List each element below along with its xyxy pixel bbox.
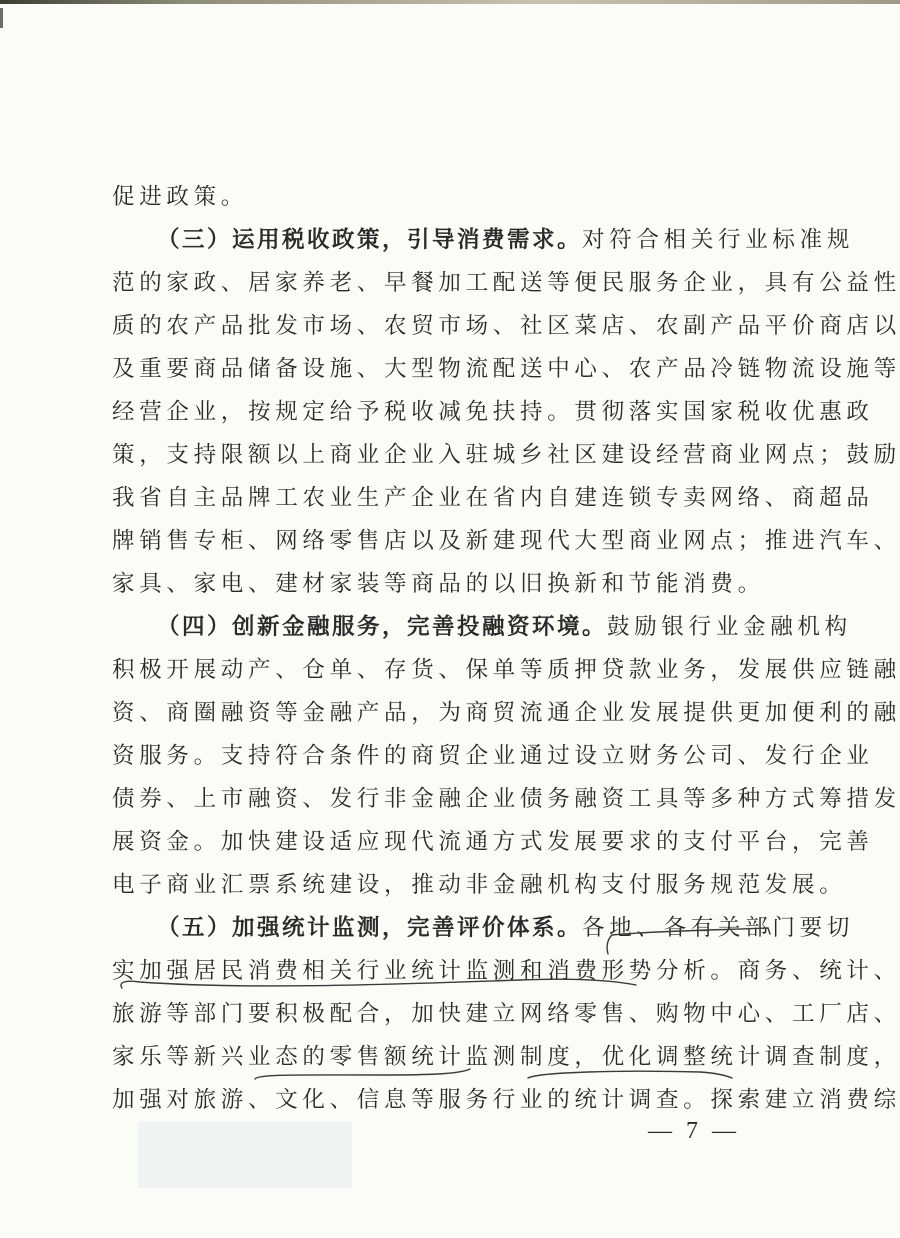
text-line: 质的农产品批发市场、农贸市场、社区菜店、农副产品平价商店以 — [112, 305, 768, 348]
text-line: 促进政策。 — [112, 176, 768, 219]
section-5-heading-line: （五）加强统计监测，完善评价体系。各地、各有关部门要切 — [112, 907, 768, 950]
line-text: 电子商业汇票系统建设，推动非金融机构支付服务规范发展。 — [112, 872, 846, 898]
text-line: 策，支持限额以上商业企业入驻城乡社区建设经营商业网点；鼓励 — [112, 434, 768, 477]
line-text: 我省自主品牌工农业生产企业在省内自建连锁专卖网络、商超品 — [112, 485, 874, 511]
line-text: 加强对旅游、文化、信息等服务行业的统计调查。探索建立消费综 — [112, 1087, 900, 1113]
line-text: 策，支持限额以上商业企业入驻城乡社区建设经营商业网点；鼓励 — [112, 442, 900, 468]
section-heading: （四）创新金融服务，完善投融资环境。 — [157, 614, 607, 640]
line-text: 资服务。支持符合条件的商贸企业通过设立财务公司、发行企业 — [112, 743, 874, 769]
text-line: 及重要商品储备设施、大型物流配送中心、农产品冷链物流设施等 — [112, 348, 768, 391]
line-text: 家乐等新兴业态的零售额统计监测制度，优化调整统计调查制度， — [112, 1044, 900, 1070]
line-text: 牌销售专柜、网络零售店以及新建现代大型商业网点；推进汽车、 — [112, 528, 900, 554]
line-text: 债券、上市融资、发行非金融企业债务融资工具等多种方式筹措发 — [112, 786, 900, 812]
page-number: — 7 — — [648, 1118, 740, 1145]
line-text: 经营企业，按规定给予税收减免扶持。贯彻落实国家税收优惠政 — [112, 399, 874, 425]
scan-left-edge — [0, 8, 3, 28]
text-line: 范的家政、居家养老、早餐加工配送等便民服务企业，具有公益性 — [112, 262, 768, 305]
text-line: 经营企业，按规定给予税收减免扶持。贯彻落实国家税收优惠政 — [112, 391, 768, 434]
text-line: 旅游等部门要积极配合，加快建立网络零售、购物中心、工厂店、农 — [112, 993, 768, 1036]
line-text: 家具、家电、建材家装等商品的以旧换新和节能消费。 — [112, 571, 765, 597]
text-line: 资服务。支持符合条件的商贸企业通过设立财务公司、发行企业 — [112, 735, 768, 778]
text-line: 我省自主品牌工农业生产企业在省内自建连锁专卖网络、商超品 — [112, 477, 768, 520]
section-heading: （三）运用税收政策，引导消费需求。 — [157, 227, 582, 253]
text-line: 家具、家电、建材家装等商品的以旧换新和节能消费。 — [112, 563, 768, 606]
text-line: 积极开展动产、仓单、存货、保单等质押贷款业务，发展供应链融 — [112, 649, 768, 692]
line-text: 及重要商品储备设施、大型物流配送中心、农产品冷链物流设施等 — [112, 356, 900, 382]
bleed-through-mark — [138, 1122, 352, 1188]
document-body: 促进政策。 （三）运用税收政策，引导消费需求。对符合相关行业标准规 范的家政、居… — [112, 176, 768, 1122]
text-line: 电子商业汇票系统建设，推动非金融机构支付服务规范发展。 — [112, 864, 768, 907]
text-line: 牌销售专柜、网络零售店以及新建现代大型商业网点；推进汽车、 — [112, 520, 768, 563]
line-text: 鼓励银行业金融机构 — [607, 614, 852, 640]
line-text: 促进政策。 — [112, 184, 248, 210]
line-text: 展资金。加快建设适应现代流通方式发展要求的支付平台，完善 — [112, 829, 874, 855]
section-heading: （五）加强统计监测，完善评价体系。 — [157, 915, 582, 941]
line-text: 质的农产品批发市场、农贸市场、社区菜店、农副产品平价商店以 — [112, 313, 900, 339]
line-text: 对符合相关行业标准规 — [582, 227, 854, 253]
text-line: 加强对旅游、文化、信息等服务行业的统计调查。探索建立消费综 — [112, 1079, 768, 1122]
text-line: 资、商圈融资等金融产品，为商贸流通企业发展提供更加便利的融 — [112, 692, 768, 735]
text-line: 债券、上市融资、发行非金融企业债务融资工具等多种方式筹措发 — [112, 778, 768, 821]
scan-top-edge — [0, 0, 900, 4]
line-text: 范的家政、居家养老、早餐加工配送等便民服务企业，具有公益性 — [112, 270, 900, 296]
line-text: 积极开展动产、仓单、存货、保单等质押贷款业务，发展供应链融 — [112, 657, 900, 683]
section-3-heading-line: （三）运用税收政策，引导消费需求。对符合相关行业标准规 — [112, 219, 768, 262]
section-4-heading-line: （四）创新金融服务，完善投融资环境。鼓励银行业金融机构 — [112, 606, 768, 649]
text-line: 展资金。加快建设适应现代流通方式发展要求的支付平台，完善 — [112, 821, 768, 864]
line-text: 旅游等部门要积极配合，加快建立网络零售、购物中心、工厂店、农 — [112, 1001, 900, 1027]
text-line: 家乐等新兴业态的零售额统计监测制度，优化调整统计调查制度， — [112, 1036, 768, 1079]
line-text: 资、商圈融资等金融产品，为商贸流通企业发展提供更加便利的融 — [112, 700, 900, 726]
text-line: 实加强居民消费相关行业统计监测和消费形势分析。商务、统计、 — [112, 950, 768, 993]
line-text: 各地、各有关部门要切 — [582, 915, 854, 941]
line-text: 实加强居民消费相关行业统计监测和消费形势分析。商务、统计、 — [112, 958, 900, 984]
